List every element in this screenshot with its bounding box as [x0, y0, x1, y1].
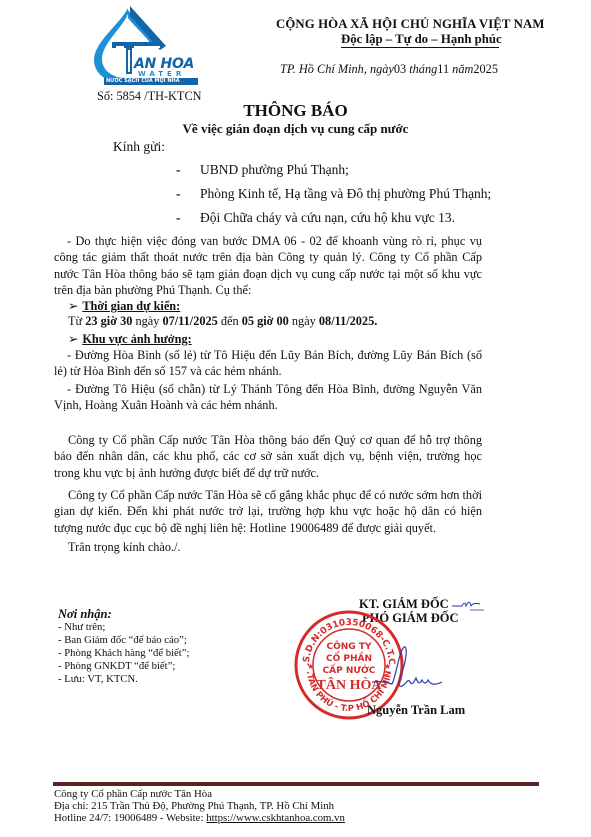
document-number: Số: 5854 /TH-KTCN: [97, 88, 202, 104]
recipient-item: -UBND phường Phú Thạnh;: [176, 162, 349, 178]
notice-subtitle: Về việc gián đoạn dịch vụ cung cấp nước: [0, 121, 591, 137]
body-paragraph: Công ty Cổ phần Cấp nước Tân Hòa thông b…: [54, 432, 482, 481]
svg-text:CỔ PHẦN: CỔ PHẦN: [326, 651, 372, 664]
arrow-bullet-icon: ➢: [68, 299, 78, 313]
intro-paragraph: - Do thực hiện việc đóng van bước DMA 06…: [54, 233, 482, 298]
logo-tagline: NƯỚC SẠCH CỦA MỌI NHÀ: [106, 78, 180, 85]
distribution-heading: Nơi nhận:: [58, 606, 112, 622]
national-title: CỘNG HÒA XÃ HỘI CHỦ NGHĨA VIỆT NAM: [276, 16, 545, 32]
affected-area-item: - Đường Hòa Bình (số lẻ) từ Tô Hiệu đến …: [54, 347, 482, 380]
affected-area-item: - Đường Tô Hiệu (số chẵn) từ Lý Thánh Tô…: [54, 381, 482, 414]
svg-text:CÔNG TY: CÔNG TY: [327, 640, 372, 652]
svg-text:CẤP NƯỚC: CẤP NƯỚC: [323, 663, 376, 676]
national-motto: Độc lập – Tự do – Hạnh phúc: [341, 31, 502, 47]
initial-signature-icon: [450, 596, 486, 612]
recipient-item: -Phòng Kinh tế, Hạ tầng và Đô thị phường…: [176, 186, 491, 202]
body-paragraph: Công ty Cổ phần Cấp nước Tân Hòa sẽ cố g…: [54, 487, 482, 536]
signer-name: Nguyễn Trần Lam: [367, 702, 465, 718]
distribution-item: - Phòng GNKDT “để biết”;: [58, 660, 175, 673]
website-link[interactable]: https://www.cskhtanhoa.com.vn: [206, 812, 345, 824]
footer-company: Công ty Cổ phần Cấp nước Tân Hòa: [54, 789, 212, 801]
distribution-item: - Phòng Khách hàng “để biết”;: [58, 647, 189, 660]
schedule-time: Từ 23 giờ 30 ngày 07/11/2025 đến 05 giờ …: [68, 314, 377, 329]
affected-heading: ➢Khu vực ảnh hưởng:: [68, 331, 192, 347]
footer-contact: Hotline 24/7: 19006489 - Website: https:…: [54, 813, 345, 825]
footer-rule: [53, 782, 539, 786]
dateline: TP. Hồ Chí Minh, ngày03 tháng11 năm2025: [280, 61, 498, 77]
schedule-heading: ➢Thời gian dự kiến:: [68, 298, 180, 314]
distribution-item: - Như trên;: [58, 621, 105, 634]
company-logo: AN HOA WATER NƯỚC SẠCH CỦA MỌI NHÀ: [90, 6, 198, 84]
logo-water-word: WATER: [138, 70, 185, 78]
greeting: Kính gửi:: [113, 139, 165, 155]
distribution-item: - Ban Giám đốc “để báo cáo”;: [58, 634, 187, 647]
distribution-item: - Lưu: VT, KTCN.: [58, 673, 138, 686]
recipient-item: -Đội Chữa cháy và cứu nạn, cứu hộ khu vự…: [176, 210, 455, 226]
arrow-bullet-icon: ➢: [68, 332, 78, 346]
notice-title: THÔNG BÁO: [0, 103, 591, 119]
svg-text:★: ★: [307, 662, 314, 671]
footer-address: Địa chỉ: 215 Trần Thủ Độ, Phường Phú Thạ…: [54, 801, 334, 813]
handwritten-signature-icon: [372, 640, 462, 700]
closing-line: Trân trọng kính chào./.: [68, 540, 181, 555]
motto-underline: [341, 47, 499, 48]
